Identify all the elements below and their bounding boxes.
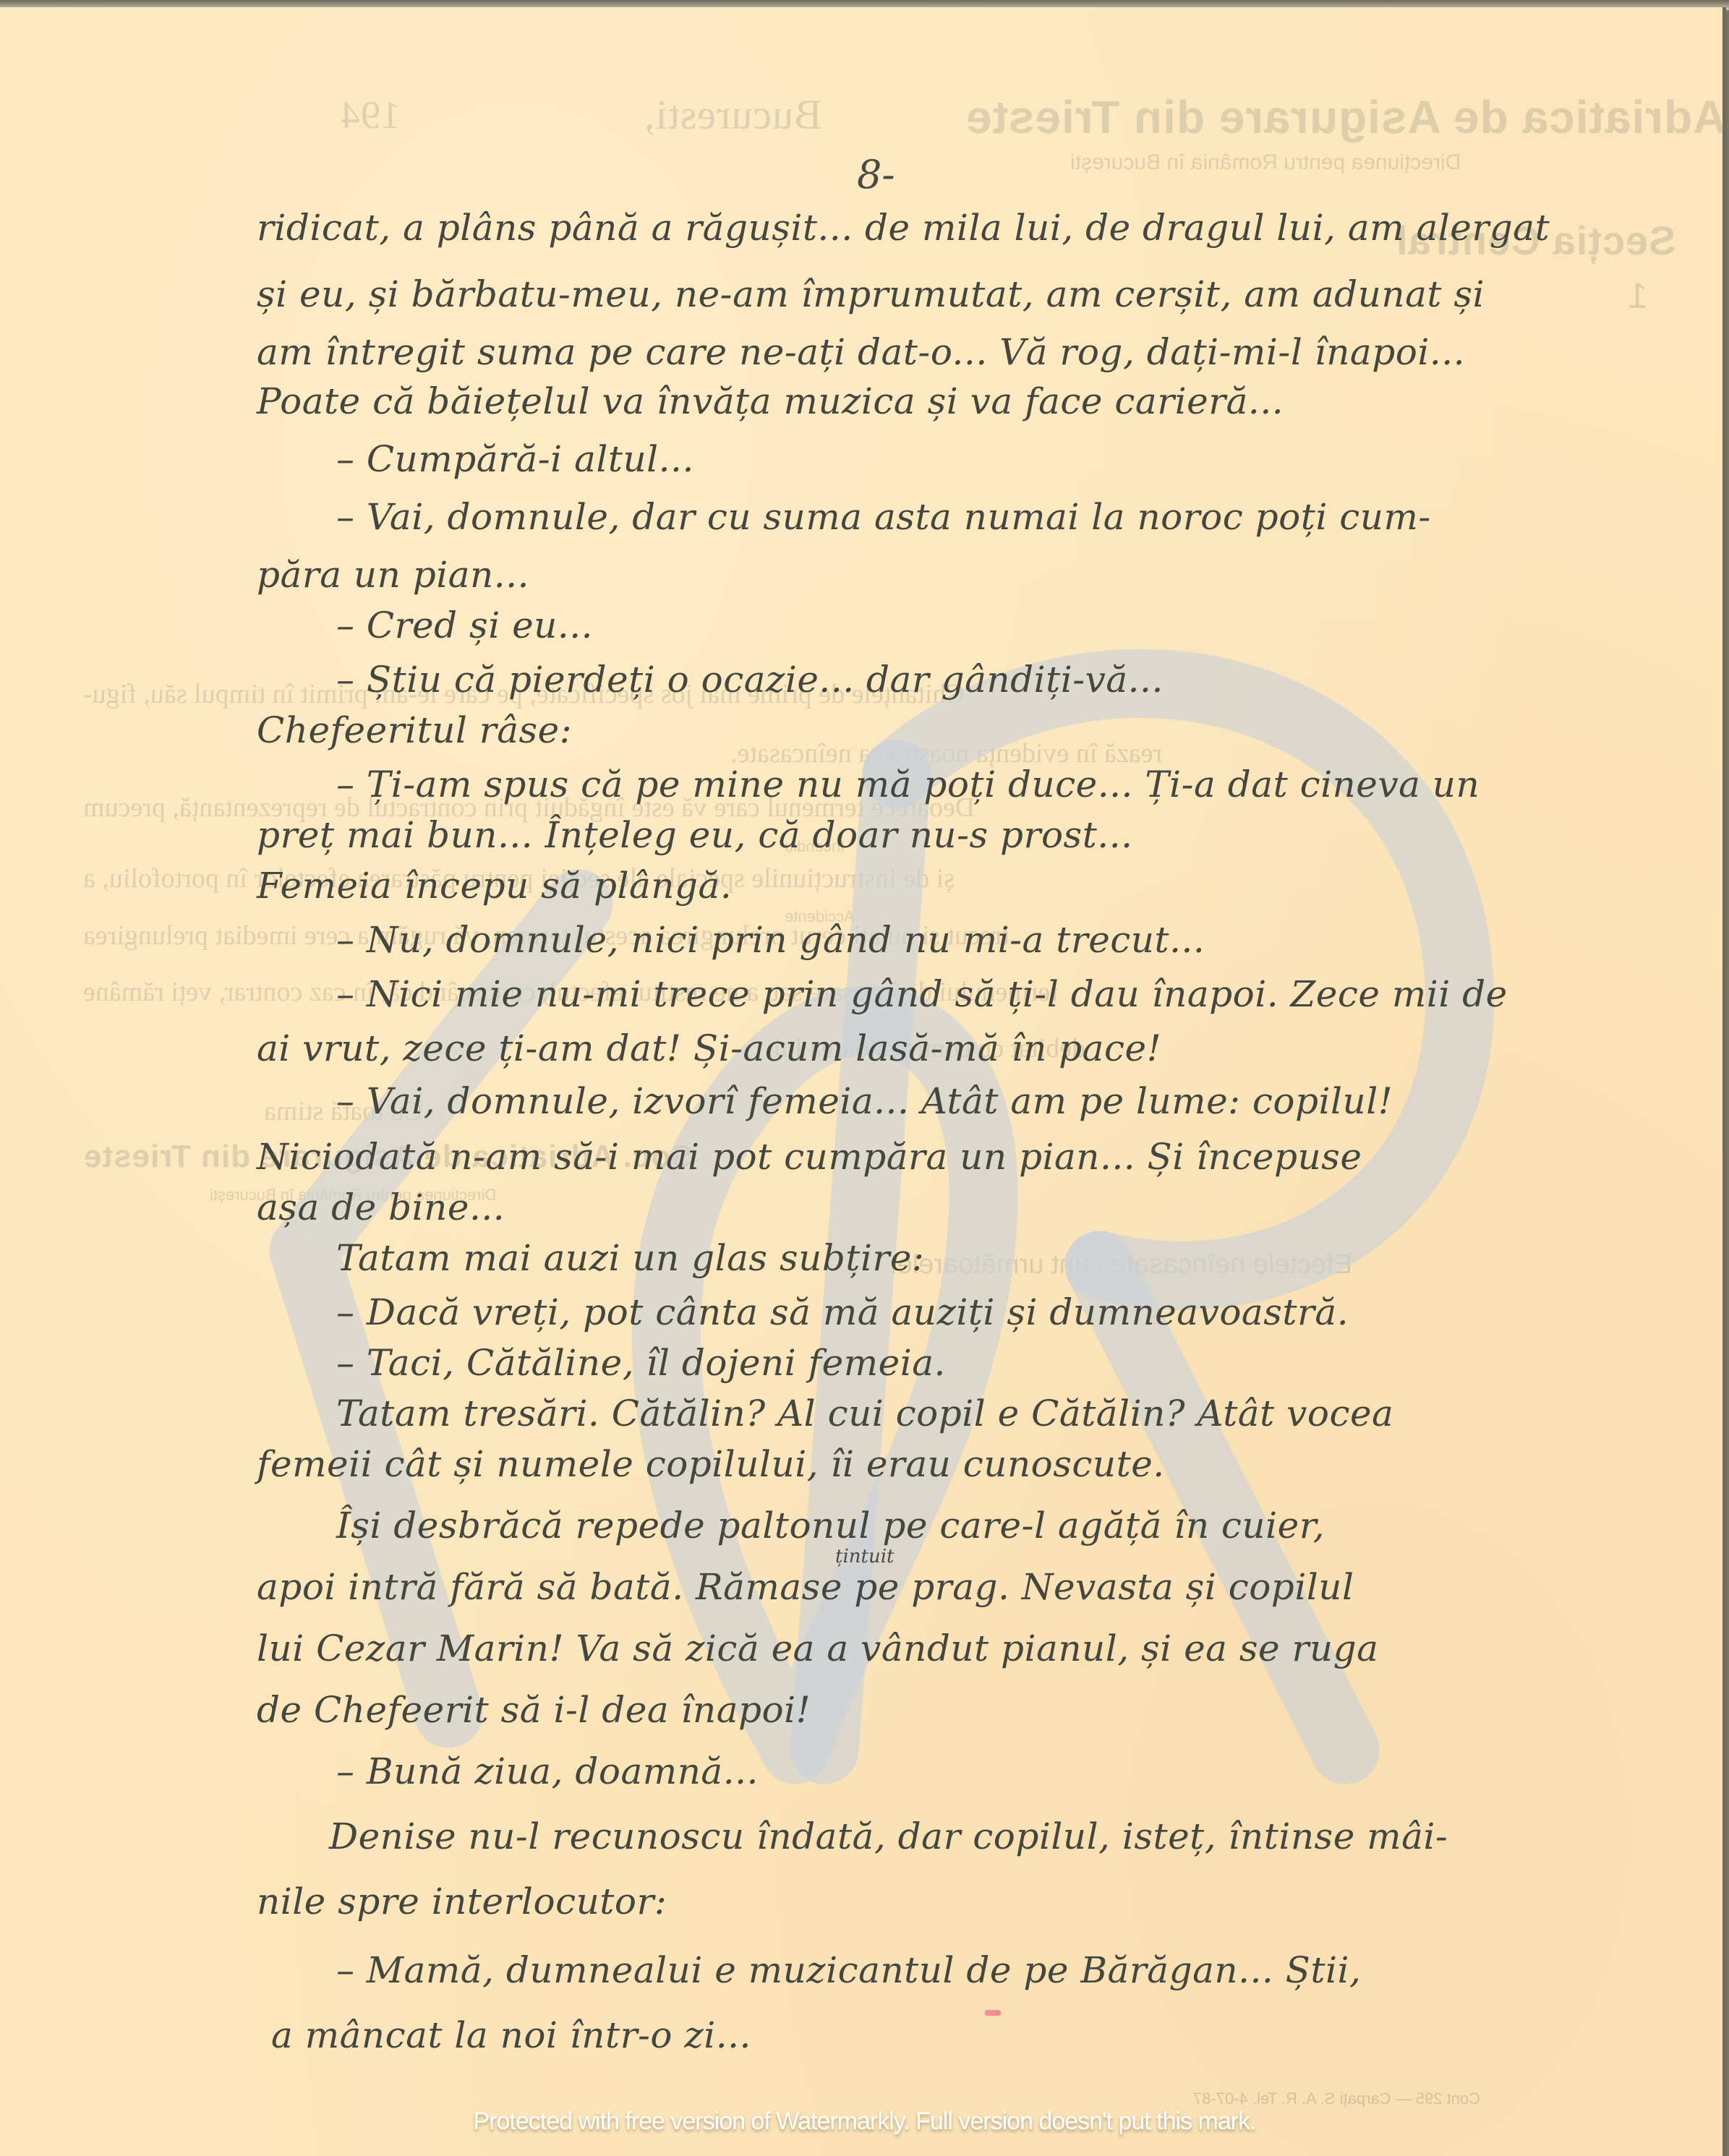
letterhead-company: Societatea Adriatica de Asigurare din Tr… [965,90,1729,144]
manuscript-line: – Ți-am spus că pe mine nu mă poți duce.… [336,766,1480,803]
manuscript-line: – Vai, domnule, izvorî femeia... Atât am… [336,1083,1393,1119]
manuscript-line: – Știu că pierdeți o ocazie... dar gândi… [336,662,1164,698]
manuscript-line: nile spre interlocutor: [257,1883,667,1920]
manuscript-line: apoi intră fără să bată. Rămase pe prag.… [257,1569,1354,1605]
manuscript-line: – Cumpără-i altul... [336,441,694,477]
watermark-text: Protected with free version of Watermark… [0,2108,1729,2136]
manuscript-line: Își desbrăcă repede paltonul pe care-l a… [336,1507,1325,1544]
manuscript-line: – Vai, domnule, dar cu suma asta numai l… [336,499,1431,535]
manuscript-line: femeii cât și numele copilului, îi erau … [257,1446,1165,1482]
red-ink-mark [985,2010,1001,2016]
manuscript-line: – Nici mie nu-mi trece prin gând să ți-l… [336,976,1508,1012]
manuscript-line: – Bună ziua, doamnă... [336,1753,759,1789]
manuscript-line: Femeia începu să plângă. [257,868,732,904]
manuscript-line: Chefeeritul râse: [257,712,572,748]
manuscript-line: păra un pian... [257,557,529,593]
letterhead-city: Bucuresti, [644,90,822,139]
letterhead-footer: Cont 295 — Carpați S. A. R. Tel. 4-07-87 [1193,2089,1480,2108]
manuscript-line: lui Cezar Marin! Va să zică ea a vândut … [257,1630,1378,1667]
page-number: 8- [857,152,895,197]
interlinear-insertion: țintuit [835,1546,894,1567]
manuscript-line: și eu, și bărbatu-meu, ne-am împrumutat,… [257,276,1485,312]
letterhead-section-number: 1 [1627,275,1648,317]
letterhead-list-heading: Efectele neîncasate sunt următoarele: [889,1249,1352,1280]
letterhead-subtitle: Direcțiunea pentru România în București [1070,150,1461,175]
manuscript-line: am întregit suma pe care ne-ați dat-o...… [257,334,1465,370]
manuscript-page: Societatea Adriatica de Asigurare din Tr… [0,7,1726,2156]
manuscript-line: – Cred și eu... [336,607,593,643]
manuscript-line: Niciodată n-am să-i mai pot cumpăra un p… [257,1139,1362,1175]
manuscript-line: – Dacă vreți, pot cânta să mă auziți și … [336,1294,1349,1330]
manuscript-line: – Mamă, dumnealui e muzicantul de pe Băr… [336,1952,1361,1988]
letterhead-year: 194 [340,93,401,137]
manuscript-line: a mâncat la noi într-o zi... [271,2017,751,2053]
manuscript-line: Denise nu-l recunoscu îndată, dar copilu… [329,1818,1448,1855]
manuscript-line: așa de bine... [257,1189,505,1225]
manuscript-line: de Chefeerit să i-l dea înapoi! [257,1692,811,1728]
manuscript-line: ai vrut, zece ți-am dat! Și-acum lasă-mă… [257,1030,1161,1066]
manuscript-line: Poate că băiețelul va învăța muzica și v… [257,383,1284,419]
manuscript-line: Tatam tresări. Cătălin? Al cui copil e C… [336,1395,1393,1432]
manuscript-line: preț mai bun... Înțeleg eu, că doar nu-s… [257,817,1133,853]
manuscript-line: ridicat, a plâns până a răgușit... de mi… [257,210,1550,246]
manuscript-line: Tatam mai auzi un glas subțire: [336,1240,924,1276]
manuscript-line: – Taci, Cătăline, îl dojeni femeia. [336,1345,946,1381]
manuscript-line: – Nu, domnule, nici prin gând nu mi-a tr… [336,922,1205,958]
